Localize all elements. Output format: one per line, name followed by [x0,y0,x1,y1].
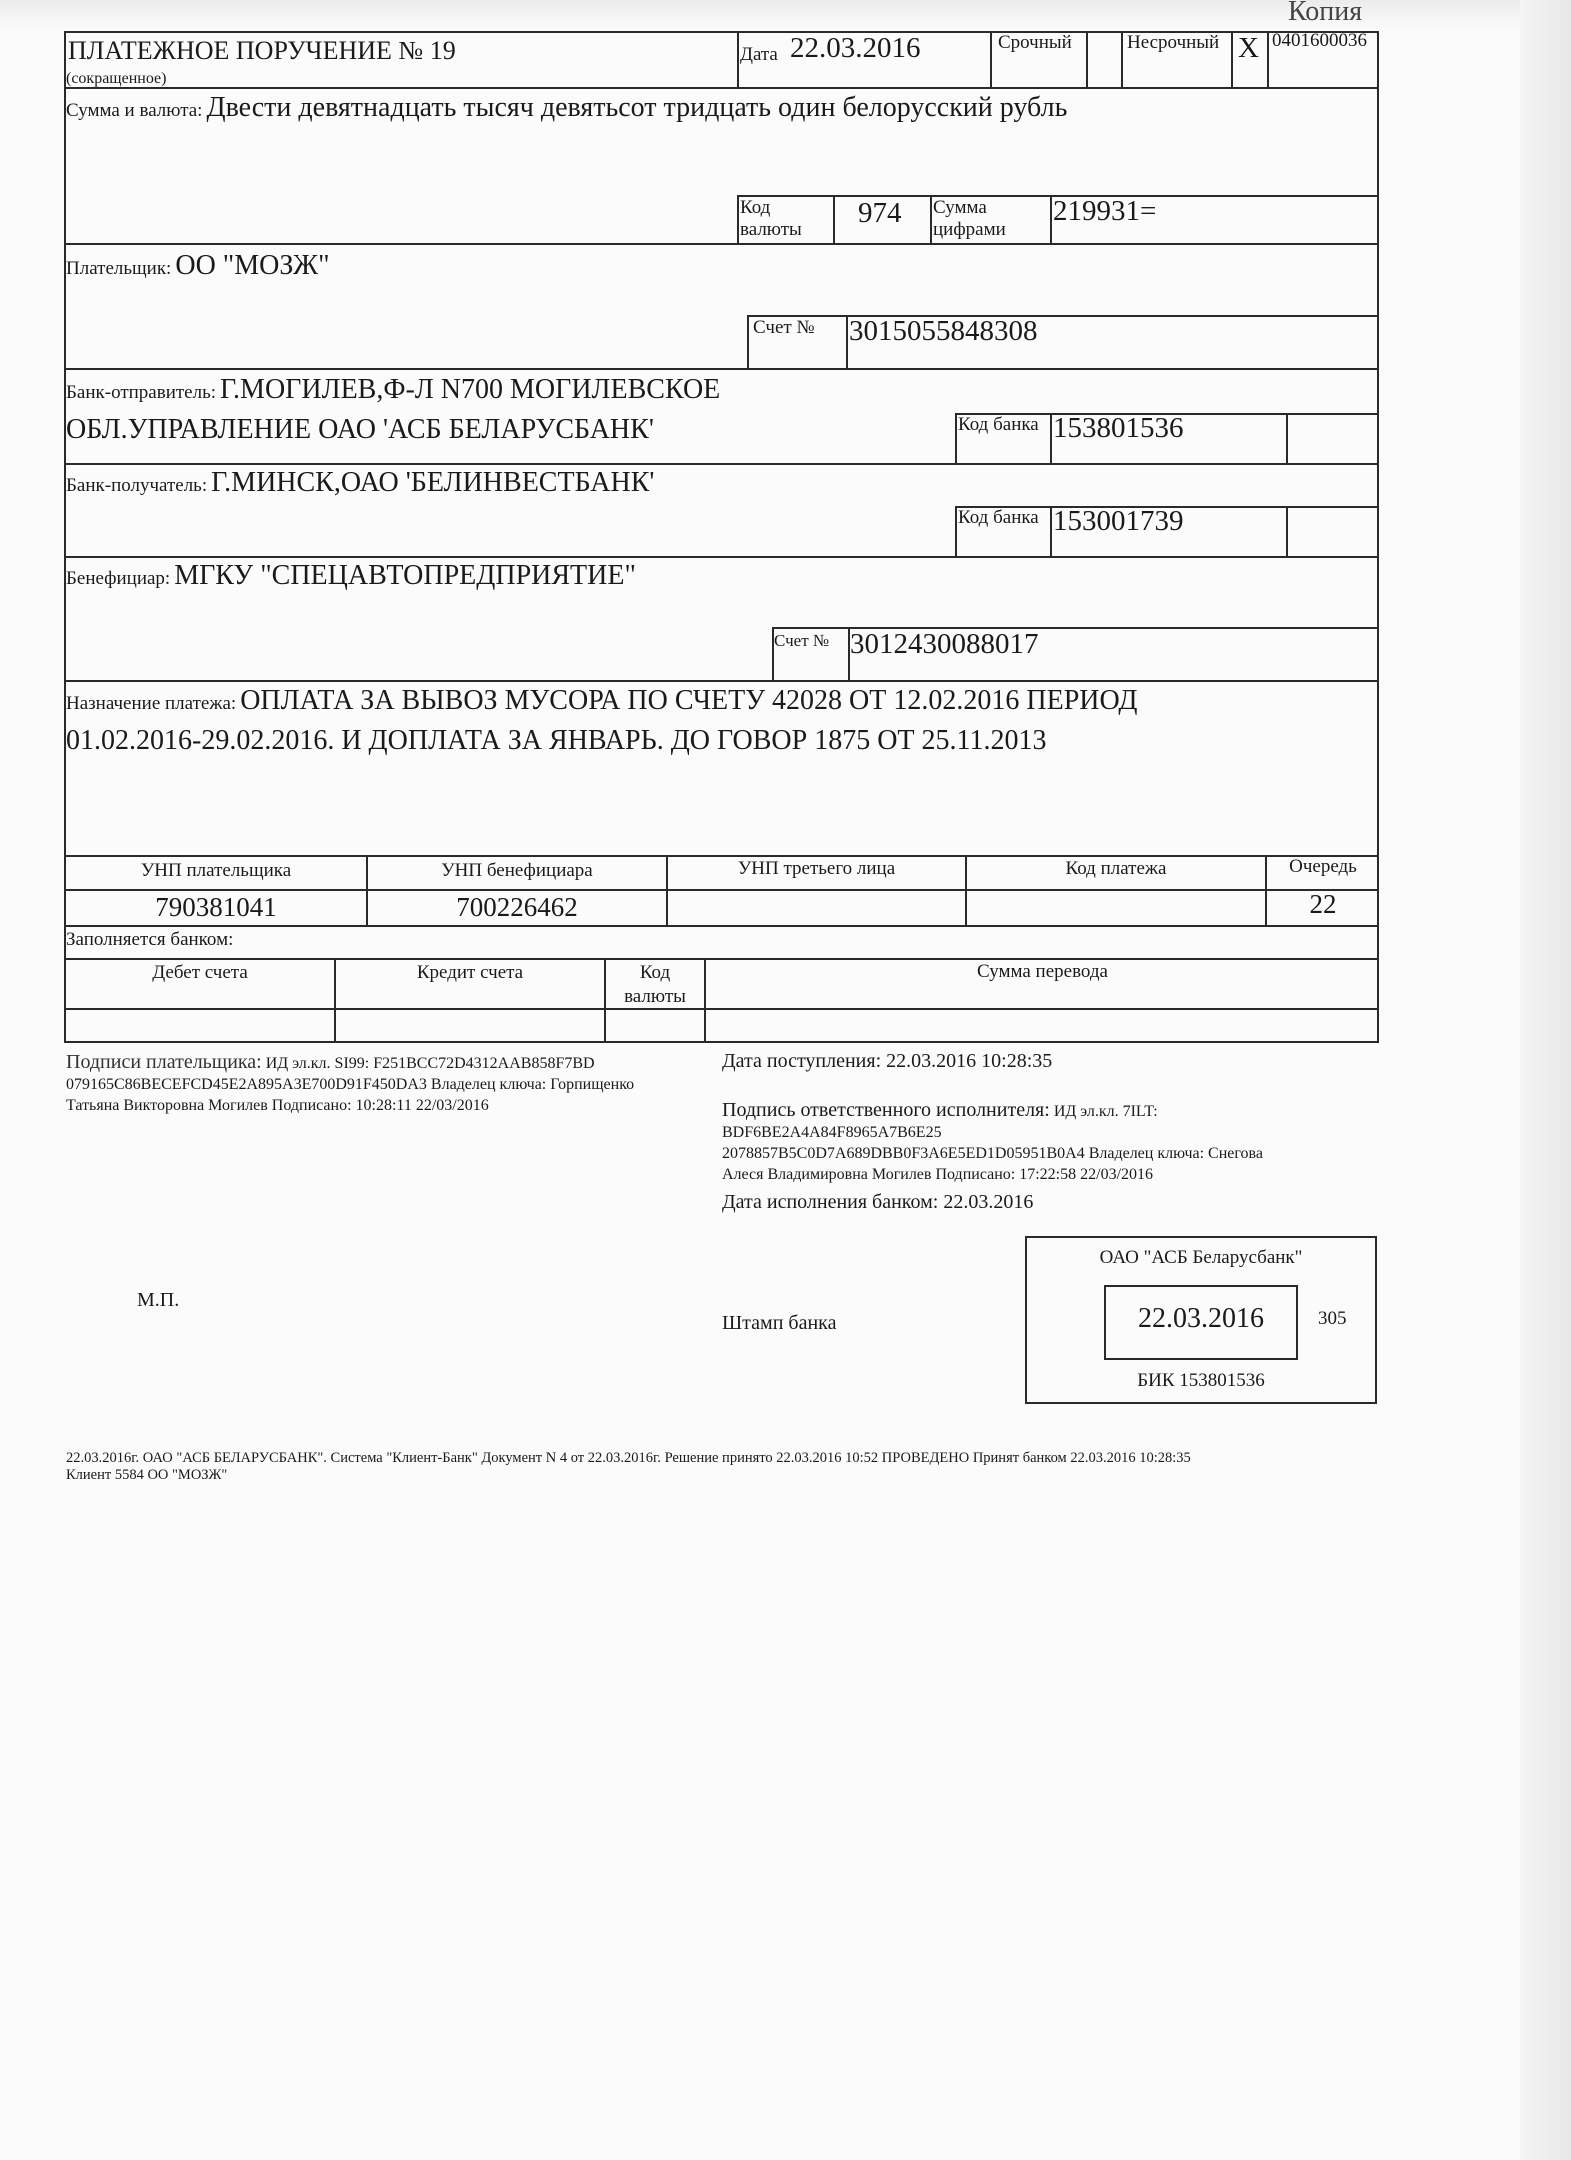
unp-payer-header: УНП плательщика [66,860,366,882]
beneficiary-label: Бенефициар: [66,568,170,589]
purpose-section: Назначение платежа: ОПЛАТА ЗА ВЫВОЗ МУСО… [66,683,1137,759]
beneficiary-account-value: 3012430088017 [850,628,1039,661]
stamp-bank-name: ОАО "АСБ Беларусбанк" [1025,1247,1377,1269]
priority-header: Очередь [1267,856,1379,878]
executor-signature-line1: BDF6BE2A4A84F8965A7B6E25 [722,1122,1263,1143]
receiver-bank-label: Банк-получатель: [66,475,207,496]
purpose-line2: 01.02.2016-29.02.2016. И ДОПЛАТА ЗА ЯНВА… [66,723,1137,759]
beneficiary-account-label: Счет № [774,631,829,651]
executor-signature-id: ИД эл.кл. 7ILT: [1054,1103,1158,1120]
date-value: 22.03.2016 [790,32,921,65]
sender-bank-line1: Г.МОГИЛЕВ,Ф-Л N700 МОГИЛЕВСКОЕ [220,374,720,405]
executor-signature-line3: Алеся Владимировна Могилев Подписано: 17… [722,1164,1263,1185]
payer-signatures-line1: ИД эл.кл. SI99: F251BCC72D4312AAB858F7BD [266,1055,595,1072]
unp-payer-value: 790381041 [66,892,366,923]
date-label: Дата [740,44,778,66]
payer-signatures-line2: 079165C86BECEFCD45E2A895A3E700D91F450DA3… [66,1074,634,1095]
footer-line1: 22.03.2016г. ОАО "АСБ БЕЛАРУСБАНК". Сист… [66,1450,1191,1467]
seal-place-label: М.П. [137,1289,179,1312]
form-code: 0401600036 [1272,30,1367,52]
unp-beneficiary-header: УНП бенефициара [368,860,666,882]
purpose-label: Назначение платежа: [66,693,236,714]
payer-account-label: Счет № [753,317,815,339]
receiver-bank-name: Г.МИНСК,ОАО 'БЕЛИНВЕСТБАНК' [211,467,654,498]
sender-bank-line2: ОБЛ.УПРАВЛЕНИЕ ОАО 'АСБ БЕЛАРУСБАНК' [66,412,720,448]
nonurgent-checkbox: X [1238,32,1259,65]
beneficiary-section: Бенефициар: МГКУ "СПЕЦАВТОПРЕДПРИЯТИЕ" [66,560,636,592]
payer-signatures-line3: Татьяна Викторовна Могилев Подписано: 10… [66,1095,634,1116]
credit-account-header: Кредит счета [336,962,604,984]
document-title: ПЛАТЕЖНОЕ ПОРУЧЕНИЕ № 19 [68,36,456,66]
currency-code-value: 974 [858,197,902,230]
bank-stamp-label: Штамп банка [722,1312,836,1335]
payer-signatures-label: Подписи плательщика: [66,1051,262,1073]
amount-digits-label: Сумма цифрами [933,197,1006,241]
payer-label: Плательщик: [66,258,171,279]
amount-digits-label-line1: Сумма [933,197,1006,219]
urgent-label: Срочный [998,32,1072,54]
amount-words: Двести девятнадцать тысяч девятьсот трид… [206,92,1067,123]
document-subtitle: (сокращенное) [66,70,166,88]
bank-fill-label: Заполняется банком: [66,929,233,951]
sender-bank-label: Банк-отправитель: [66,382,216,403]
payment-code-header: Код платежа [967,858,1265,880]
unp-beneficiary-value: 700226462 [368,892,666,923]
executor-signature: Подпись ответственного исполнителя: ИД э… [722,1100,1263,1185]
receiver-bank-code-value: 153001739 [1053,505,1184,538]
priority-value: 22 [1267,889,1379,920]
execution-date-value: 22.03.2016 [943,1191,1033,1213]
scan-edge-shadow [1520,0,1571,2160]
execution-date-label: Дата исполнения банком: [722,1191,938,1213]
amount-digits-label-line2: цифрами [933,219,1006,241]
unp-third-party-header: УНП третьего лица [668,858,965,880]
executor-signature-label: Подпись ответственного исполнителя: [722,1099,1050,1121]
stamp-date: 22.03.2016 [1104,1303,1298,1335]
currency-code-header-line2: валюты [606,985,704,1009]
receipt-date-value: 22.03.2016 10:28:35 [886,1050,1052,1072]
purpose-line1: ОПЛАТА ЗА ВЫВОЗ МУСОРА ПО СЧЕТУ 42028 ОТ… [240,685,1137,716]
currency-code-label-line2: валюты [740,219,802,241]
payer-account-value: 3015055848308 [849,315,1038,348]
currency-code-header-line1: Код [606,961,704,985]
sender-bank-section: Банк-отправитель: Г.МОГИЛЕВ,Ф-Л N700 МОГ… [66,372,720,448]
receiver-bank-code-label: Код банка [958,507,1039,529]
debit-account-header: Дебет счета [66,962,334,984]
sender-bank-code-value: 153801536 [1053,412,1184,445]
nonurgent-label: Несрочный [1127,32,1219,54]
payer-name: ОО "МОЗЖ" [175,250,329,281]
currency-code-label-line1: Код [740,197,802,219]
beneficiary-name: МГКУ "СПЕЦАВТОПРЕДПРИЯТИЕ" [174,560,636,591]
sender-bank-code-label: Код банка [958,414,1039,436]
amount-label: Сумма и валюта: [66,100,202,121]
receiver-bank-section: Банк-получатель: Г.МИНСК,ОАО 'БЕЛИНВЕСТБ… [66,467,654,499]
amount-section: Сумма и валюта: Двести девятнадцать тыся… [66,92,1067,124]
currency-code-header: Код валюты [606,961,704,1009]
stamp-number: 305 [1318,1308,1347,1330]
currency-code-label: Код валюты [740,197,802,241]
amount-digits-value: 219931= [1053,195,1156,228]
execution-date: Дата исполнения банком: 22.03.2016 [722,1191,1033,1214]
receipt-date-label: Дата поступления: [722,1050,881,1072]
footer-line2: Клиент 5584 ОО "МОЗЖ" [66,1467,1191,1484]
payer-section: Плательщик: ОО "МОЗЖ" [66,250,330,282]
receipt-date: Дата поступления: 22.03.2016 10:28:35 [722,1050,1052,1073]
executor-signature-line2: 2078857B5C0D7A689DBB0F3A6E5ED1D05951B0A4… [722,1143,1263,1164]
document-footer: 22.03.2016г. ОАО "АСБ БЕЛАРУСБАНК". Сист… [66,1450,1191,1484]
transfer-amount-header: Сумма перевода [706,961,1379,983]
payer-signatures: Подписи плательщика: ИД эл.кл. SI99: F25… [66,1052,634,1116]
copy-label: Копия [1288,0,1362,28]
stamp-bik: БИК 153801536 [1025,1370,1377,1392]
